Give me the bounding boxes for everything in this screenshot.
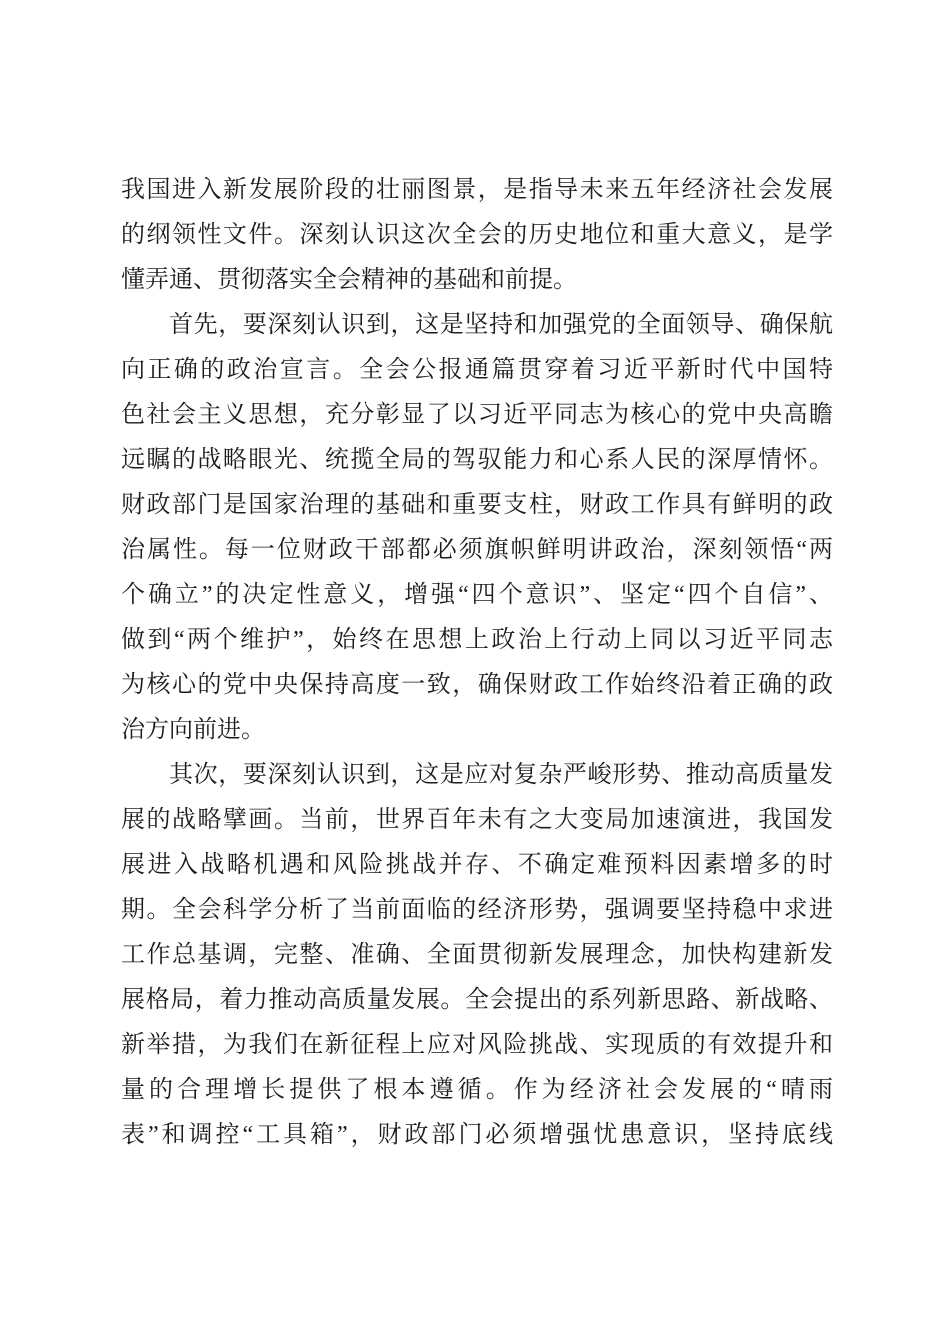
text-line: 表”和调控“工具箱”，财政部门必须增强忧患意识，坚持底线 (121, 1113, 833, 1158)
text-line: 财政部门是国家治理的基础和重要支柱，财政工作具有鲜明的政 (121, 483, 833, 528)
text-line: 治方向前进。 (121, 708, 833, 753)
text-line: 懂弄通、贯彻落实全会精神的基础和前提。 (121, 258, 833, 303)
paragraph: 其次，要深刻认识到，这是应对复杂严峻形势、推动高质量发 展的战略擘画。当前，世界… (121, 753, 833, 1158)
text-line: 色社会主义思想，充分彰显了以习近平同志为核心的党中央高瞻 (121, 393, 833, 438)
text-line: 新举措，为我们在新征程上应对风险挑战、实现质的有效提升和 (121, 1023, 833, 1068)
text-line: 展格局，着力推动高质量发展。全会提出的系列新思路、新战略、 (121, 978, 833, 1023)
text-line: 量的合理增长提供了根本遵循。作为经济社会发展的“晴雨 (121, 1068, 833, 1113)
text-block: 我国进入新发展阶段的壮丽图景，是指导未来五年经济社会发展 的纲领性文件。深刻认识… (121, 168, 833, 1158)
text-line: 为核心的党中央保持高度一致，确保财政工作始终沿着正确的政 (121, 663, 833, 708)
text-line: 我国进入新发展阶段的壮丽图景，是指导未来五年经济社会发展 (121, 168, 833, 213)
paragraph: 首先，要深刻认识到，这是坚持和加强党的全面领导、确保航 向正确的政治宣言。全会公… (121, 303, 833, 753)
paragraph: 我国进入新发展阶段的壮丽图景，是指导未来五年经济社会发展 的纲领性文件。深刻认识… (121, 168, 833, 303)
text-line: 展的战略擘画。当前，世界百年未有之大变局加速演进，我国发 (121, 798, 833, 843)
text-line: 首先，要深刻认识到，这是坚持和加强党的全面领导、确保航 (121, 303, 833, 348)
text-line: 治属性。每一位财政干部都必须旗帜鲜明讲政治，深刻领悟“两 (121, 528, 833, 573)
text-line: 展进入战略机遇和风险挑战并存、不确定难预料因素增多的时 (121, 843, 833, 888)
document-page: 我国进入新发展阶段的壮丽图景，是指导未来五年经济社会发展 的纲领性文件。深刻认识… (0, 0, 950, 1344)
text-line: 的纲领性文件。深刻认识这次全会的历史地位和重大意义，是学 (121, 213, 833, 258)
text-line: 工作总基调，完整、准确、全面贯彻新发展理念，加快构建新发 (121, 933, 833, 978)
text-line: 远瞩的战略眼光、统揽全局的驾驭能力和心系人民的深厚情怀。 (121, 438, 833, 483)
text-line: 向正确的政治宣言。全会公报通篇贯穿着习近平新时代中国特 (121, 348, 833, 393)
text-line: 个确立”的决定性意义，增强“四个意识”、坚定“四个自信”、 (121, 573, 833, 618)
text-line: 做到“两个维护”，始终在思想上政治上行动上同以习近平同志 (121, 618, 833, 663)
text-line: 期。全会科学分析了当前面临的经济形势，强调要坚持稳中求进 (121, 888, 833, 933)
text-line: 其次，要深刻认识到，这是应对复杂严峻形势、推动高质量发 (121, 753, 833, 798)
